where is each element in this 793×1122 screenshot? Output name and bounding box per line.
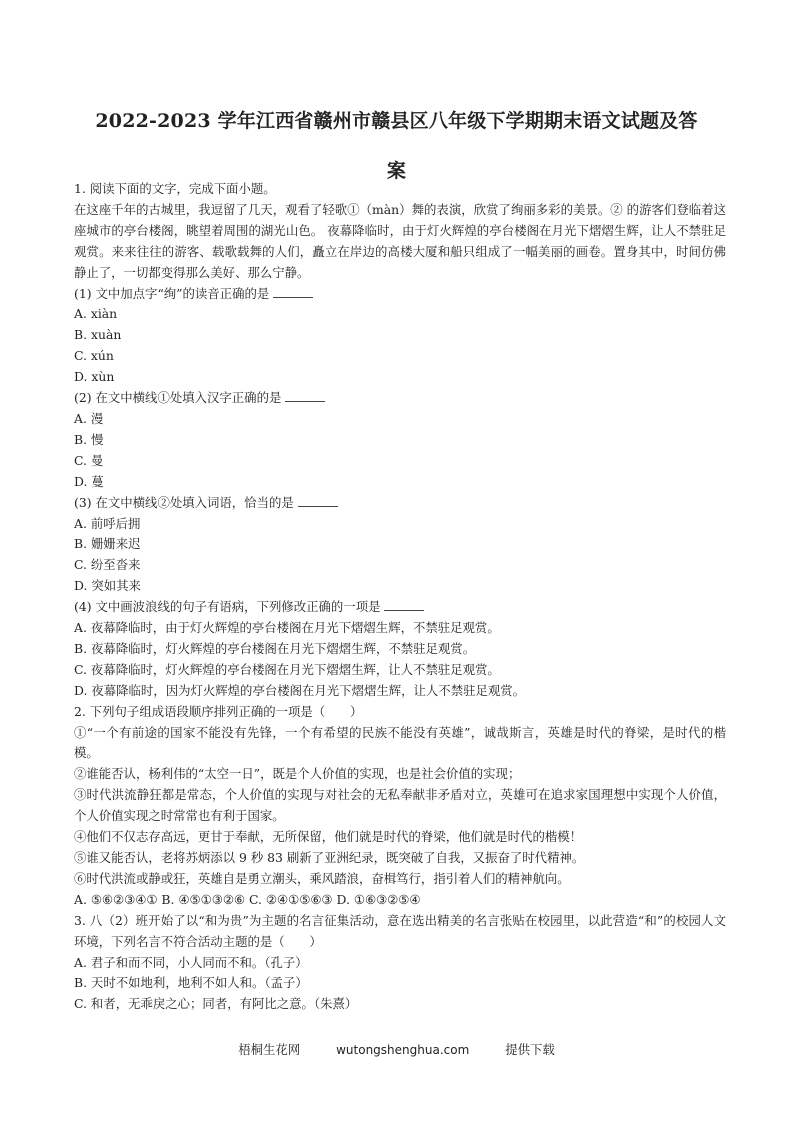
option-d: D. xùn — [74, 367, 726, 388]
option-a: A. 前呼后拥 — [74, 514, 726, 535]
option-d: D. 突如其来 — [74, 576, 726, 597]
sentence-5: ⑤谁又能否认，老将苏炳添以 9 秒 83 刷新了亚洲纪录，既突破了自我，又振奋了… — [74, 848, 726, 869]
option-a: A. xiàn — [74, 304, 726, 325]
option-c: C. 纷至沓来 — [74, 555, 726, 576]
sentence-2: ②谁能否认，杨利伟的“太空一日”，既是个人价值的实现，也是社会价值的实现； — [74, 764, 726, 785]
question-stem: 1. 阅读下面的文字，完成下面小题。 — [74, 179, 726, 200]
answer-blank — [384, 599, 424, 611]
answer-blank — [298, 495, 338, 507]
sub-question-prompt: (2) 在文中横线①处填入汉字正确的是 — [74, 388, 726, 409]
answer-blank — [273, 286, 313, 298]
footer-site-name: 梧桐生花网 — [238, 1042, 300, 1057]
question-1: 1. 阅读下面的文字，完成下面小题。 在这座千年的古城里，我逗留了几天，观看了轻… — [74, 179, 726, 702]
sub-question-2: (2) 在文中横线①处填入汉字正确的是 A. 漫 B. 慢 C. 曼 D. 蔓 — [74, 388, 726, 493]
document-body: 1. 阅读下面的文字，完成下面小题。 在这座千年的古城里，我逗留了几天，观看了轻… — [74, 179, 726, 1015]
title-line-1: 2022-2023 学年江西省赣州市赣县区八年级下学期期末语文试题及答 — [60, 96, 733, 146]
option-b: B. 天时不如地利，地利不如人和。（孟子） — [74, 973, 726, 994]
option-b: B. 慢 — [74, 430, 726, 451]
option-d: D. 夜幕降临时，因为灯火辉煌的亭台楼阁在月光下熠熠生辉，让人不禁驻足观赏。 — [74, 681, 726, 702]
footer-url: wutongshenghua.com — [336, 1043, 469, 1057]
question-stem: 2. 下列句子组成语段顺序排列正确的一项是（ ） — [74, 702, 726, 723]
option-c: C. 夜幕降临时，灯火辉煌的亭台楼阁在月光下熠熠生辉，让人不禁驻足观赏。 — [74, 660, 726, 681]
footer-note: 提供下载 — [505, 1042, 555, 1057]
option-c: C. xún — [74, 346, 726, 367]
sentence-1: ①“一个有前途的国家不能没有先锋，一个有希望的民族不能没有英雄”，诚哉斯言，英雄… — [74, 723, 726, 765]
option-b: B. 夜幕降临时，灯火辉煌的亭台楼阁在月光下熠熠生辉，不禁驻足观赏。 — [74, 639, 726, 660]
question-stem: 3. 八（2）班开始了以“和为贵”为主题的名言征集活动，意在选出精美的名言张贴在… — [74, 911, 726, 953]
option-a: A. 漫 — [74, 409, 726, 430]
option-c: C. 和者，无乖戾之心；同者，有阿比之意。（朱熹） — [74, 994, 726, 1015]
sub-question-prompt: (3) 在文中横线②处填入词语，恰当的是 — [74, 493, 726, 514]
sub-question-4: (4) 文中画波浪线的句子有语病，下列修改正确的一项是 A. 夜幕降临时，由于灯… — [74, 597, 726, 702]
option-a: A. 夜幕降临时，由于灯火辉煌的亭台楼阁在月光下熠熠生辉，不禁驻足观赏。 — [74, 618, 726, 639]
question-3: 3. 八（2）班开始了以“和为贵”为主题的名言征集活动，意在选出精美的名言张贴在… — [74, 911, 726, 1016]
option-c: C. 曼 — [74, 451, 726, 472]
option-d: D. 蔓 — [74, 472, 726, 493]
sub-question-3: (3) 在文中横线②处填入词语，恰当的是 A. 前呼后拥 B. 姗姗来迟 C. … — [74, 493, 726, 598]
sentence-3: ③时代洪流静狂都是常态，个人价值的实现与对社会的无私奉献非矛盾对立，英雄可在追求… — [74, 785, 726, 827]
answer-options: A. ⑤⑥②③④① B. ④⑤①③②⑥ C. ②④①⑤⑥③ D. ①⑥③②⑤④ — [74, 890, 726, 911]
page-footer: 梧桐生花网 wutongshenghua.com 提供下载 — [0, 1040, 793, 1058]
option-b: B. xuàn — [74, 325, 726, 346]
question-2: 2. 下列句子组成语段顺序排列正确的一项是（ ） ①“一个有前途的国家不能没有先… — [74, 702, 726, 911]
sub-question-prompt: (4) 文中画波浪线的句子有语病，下列修改正确的一项是 — [74, 597, 726, 618]
sub-question-prompt: (1) 文中加点字“绚”的读音正确的是 — [74, 284, 726, 305]
answer-blank — [285, 390, 325, 402]
sentence-6: ⑥时代洪流或静或狂，英雄自是勇立潮头，乘风踏浪，奋楫笃行，指引着人们的精神航向。 — [74, 869, 726, 890]
sub-question-1: (1) 文中加点字“绚”的读音正确的是 A. xiàn B. xuàn C. x… — [74, 284, 726, 389]
sentence-4: ④他们不仅志存高远，更甘于奉献，无所保留，他们就是时代的脊梁，他们就是时代的楷模… — [74, 827, 726, 848]
option-a: A. 君子和而不同，小人同而不和。（孔子） — [74, 953, 726, 974]
reading-passage: 在这座千年的古城里，我逗留了几天，观看了轻歌①（màn）舞的表演，欣赏了绚丽多彩… — [74, 200, 726, 284]
option-b: B. 姗姗来迟 — [74, 534, 726, 555]
